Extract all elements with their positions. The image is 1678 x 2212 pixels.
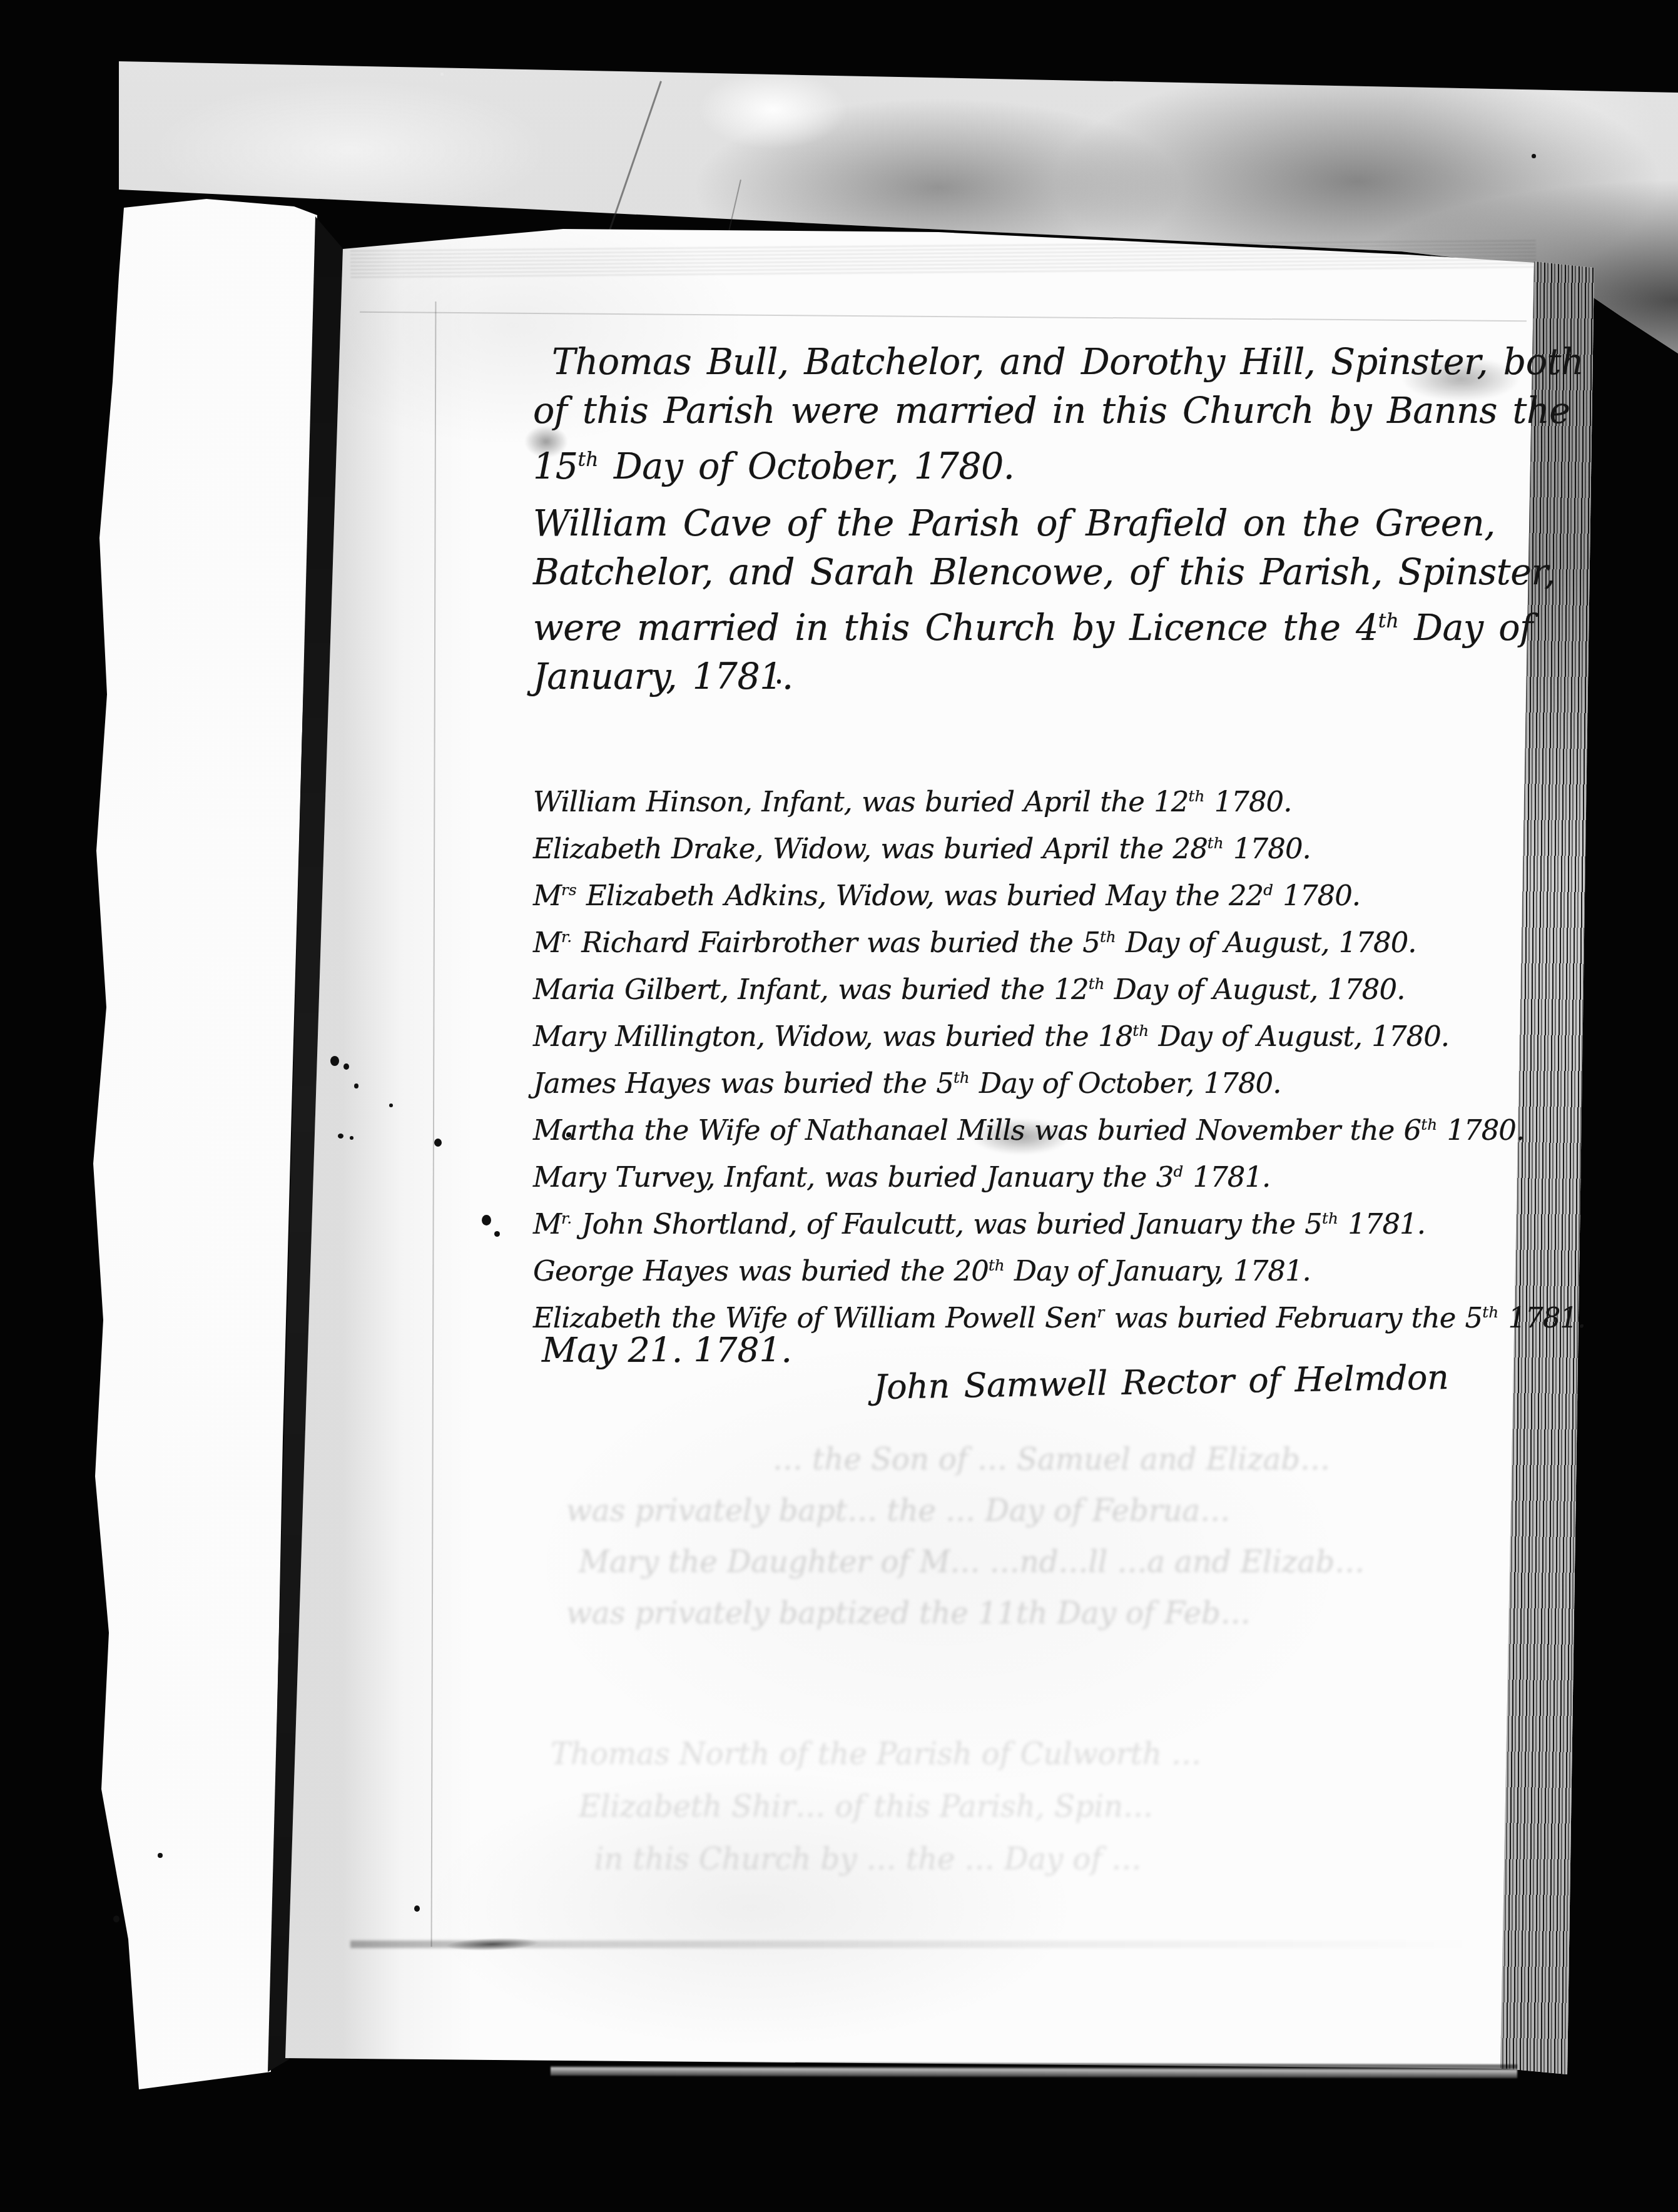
ghost-line: Elizabeth Shir… of this Parish, Spin… (579, 1780, 1201, 1833)
burial-entries: William Hinson, Infant, was buried April… (533, 776, 1585, 1339)
ink-speck (1532, 154, 1536, 158)
ink-speck (434, 1139, 442, 1147)
burial-entry: Maria Gilbert, Infant, was buried the 12… (533, 963, 1585, 1010)
ink-speck (350, 1136, 353, 1140)
ghost-line: was privately baptized the 11th Day of F… (566, 1588, 1365, 1639)
ink-speck (389, 1103, 393, 1107)
ink-speck (566, 1132, 571, 1137)
ink-speck (777, 679, 781, 684)
burial-entry: Mary Turvey, Infant, was buried January … (533, 1151, 1585, 1198)
ink-speck (330, 1056, 339, 1066)
ink-speck (338, 1134, 343, 1139)
ink-speck (343, 1063, 349, 1070)
ink-speck (113, 1915, 119, 1922)
ink-speck (158, 1853, 163, 1858)
bleed-through-text-upper: … the Son of … Samuel and Elizab… was pr… (566, 1434, 1365, 1639)
ghost-line: was privately bapt… the … Day of Februa… (566, 1485, 1365, 1536)
bleed-through-text-lower: Thomas North of the Parish of Culworth …… (551, 1728, 1201, 1885)
ink-blot-correction (971, 1119, 1071, 1155)
marriage-entry-2-line: January, 1781. (533, 652, 1555, 701)
burial-entry: James Hayes was buried the 5th Day of Oc… (533, 1057, 1585, 1104)
ghost-line: … the Son of … Samuel and Elizab… (773, 1434, 1365, 1485)
ink-speck (494, 1231, 500, 1237)
burial-entry: Mr. John Shortland, of Faulcutt, was bur… (533, 1198, 1585, 1245)
dust-speck (440, 73, 444, 76)
marriage-entry-2-line: Batchelor, and Sarah Blencowe, of this P… (533, 548, 1555, 597)
burial-entry: Mrs Elizabeth Adkins, Widow, was buried … (533, 870, 1585, 916)
ink-speck (354, 1083, 358, 1088)
burial-entry: William Hinson, Infant, was buried April… (533, 776, 1585, 823)
ink-overwrite-smudge (1401, 357, 1520, 402)
ink-speck (414, 1905, 420, 1912)
burial-entry: Elizabeth Drake, Widow, was buried April… (533, 823, 1585, 870)
burial-entry: Mary Millington, Widow, was buried the 1… (533, 1010, 1585, 1057)
ink-speck (482, 1215, 491, 1225)
ink-correction-smudge (524, 425, 568, 458)
marriage-entry-2-line: were married in this Church by Licence t… (533, 597, 1555, 652)
burial-entry: Mr. Richard Fairbrother was buried the 5… (533, 916, 1585, 963)
next-page-edge (551, 2062, 1517, 2078)
dateline: May 21. 1781. (542, 1330, 792, 1370)
ghost-line: Thomas North of the Parish of Culworth … (551, 1728, 1201, 1780)
marriage-entry-2: William Cave of the Parish of Brafield o… (533, 499, 1555, 701)
scanned-register-page: Thomas Bull, Batchelor, and Dorothy Hill… (0, 0, 1678, 2212)
burial-entry: George Hayes was buried the 20th Day of … (533, 1245, 1585, 1292)
ghost-line: Mary the Daughter of M… …nd…ll …a and El… (579, 1536, 1365, 1588)
marriage-entry-1-line: 15th Day of October, 1780. (533, 435, 1584, 491)
ghost-line: in this Church by … the … Day of … (594, 1833, 1201, 1885)
marriage-entry-2-line: William Cave of the Parish of Brafield o… (533, 499, 1555, 548)
